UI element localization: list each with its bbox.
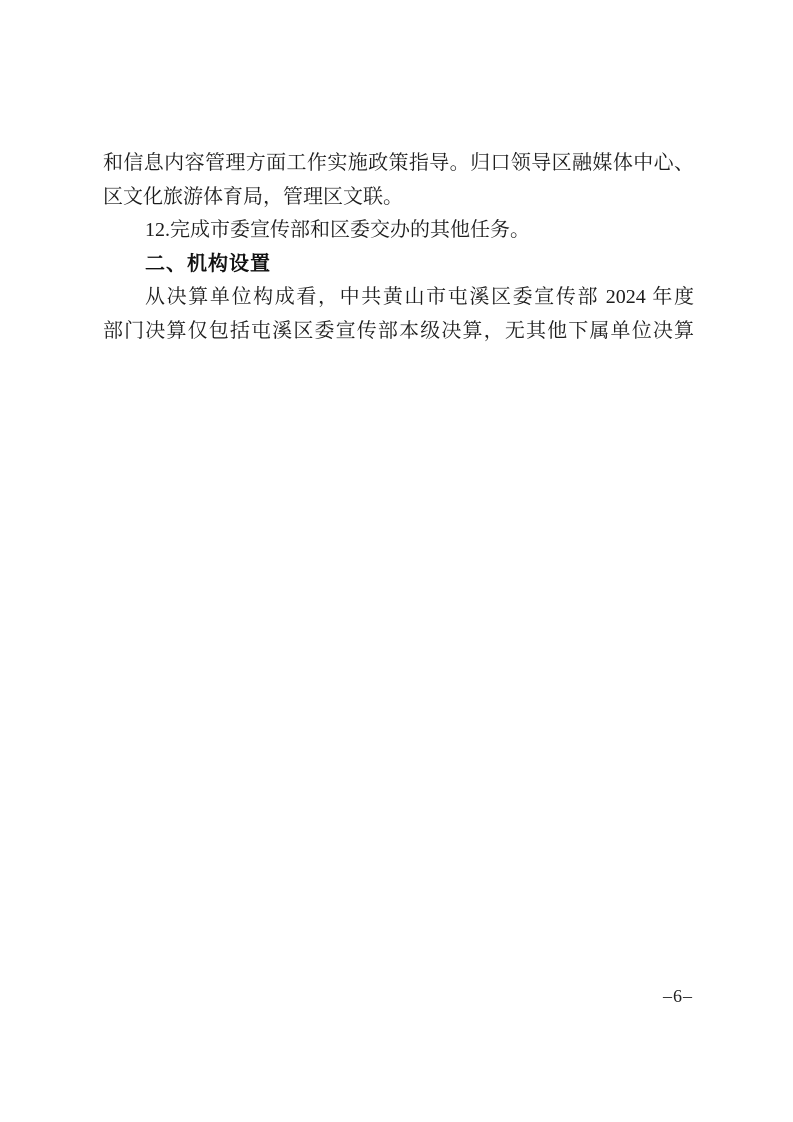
paragraph-item-12: 12.完成市委宣传部和区委交办的其他任务。 <box>103 214 694 248</box>
paragraph-org-setup-line-1: 从决算单位构成看，中共黄山市屯溪区委宣传部 2024 年度 <box>103 281 694 315</box>
section-heading: 二、机构设置 <box>103 248 694 282</box>
paragraph-duties-line-2: 区文化旅游体育局，管理区文联。 <box>103 181 694 215</box>
paragraph-org-setup-line-2: 部门决算仅包括屯溪区委宣传部本级决算，无其他下属单位决算 <box>103 315 694 349</box>
document-page: 和信息内容管理方面工作实施政策指导。归口领导区融媒体中心、 区文化旅游体育局，管… <box>0 0 793 1122</box>
document-body: 和信息内容管理方面工作实施政策指导。归口领导区融媒体中心、 区文化旅游体育局，管… <box>103 147 694 349</box>
page-number: –6– <box>656 986 700 1007</box>
paragraph-duties-line-1: 和信息内容管理方面工作实施政策指导。归口领导区融媒体中心、 <box>103 147 694 181</box>
